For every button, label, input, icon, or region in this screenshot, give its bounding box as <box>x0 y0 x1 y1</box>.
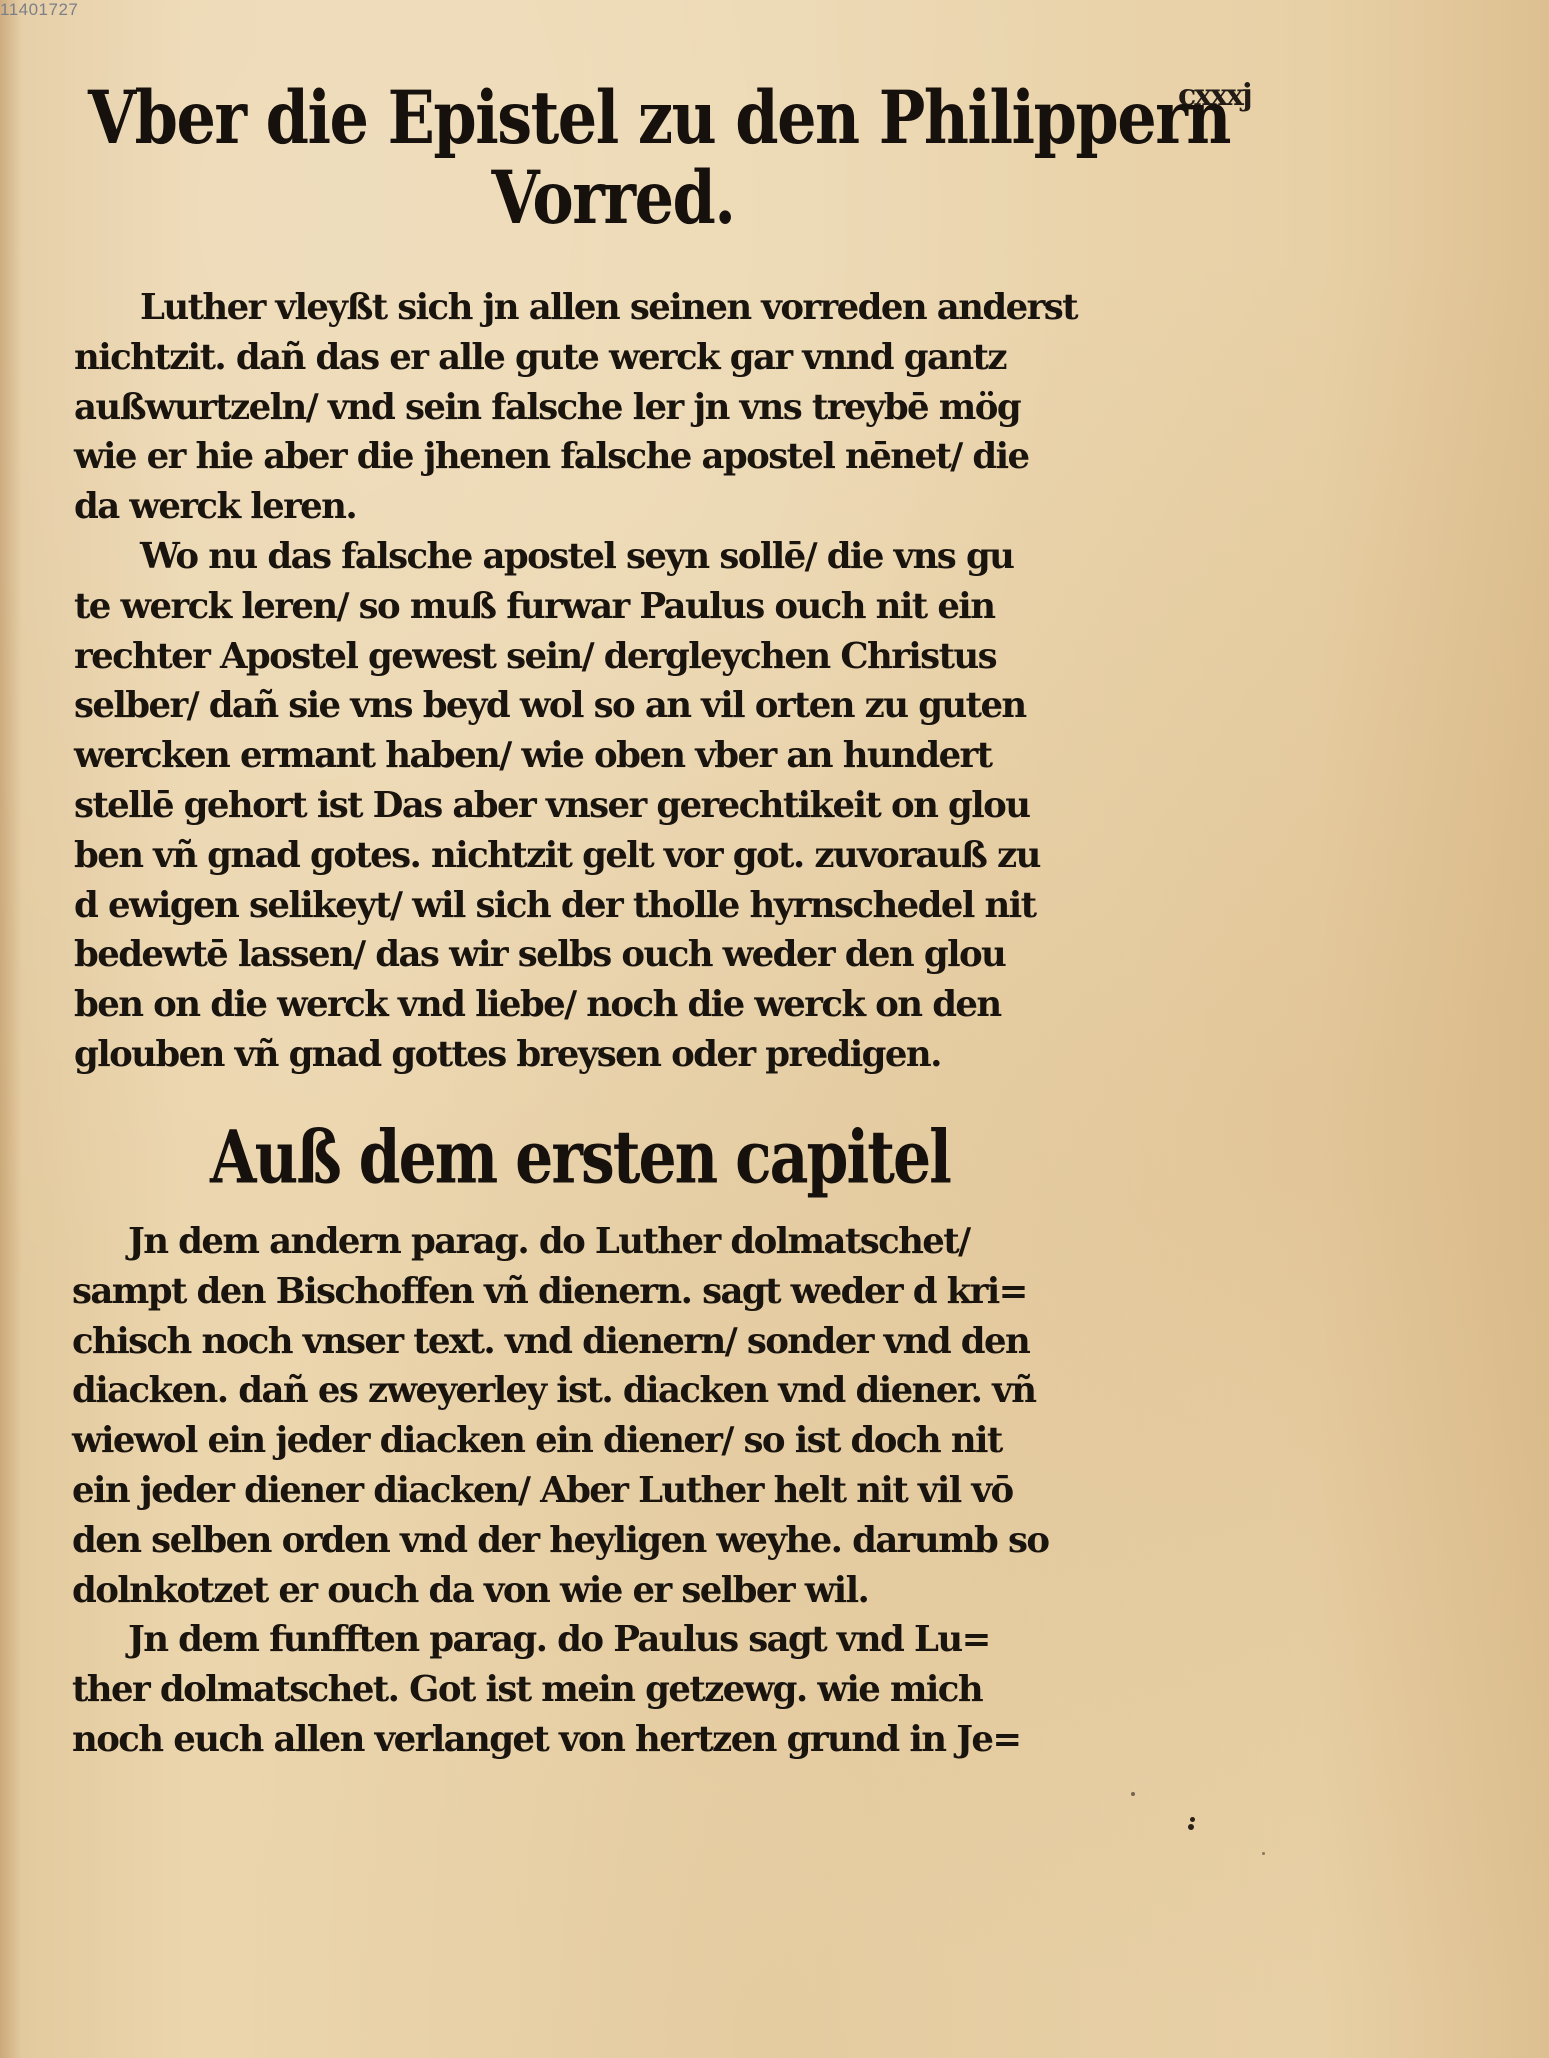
chapter-one-body: Jn dem andern parag. do Luther dolmatsch… <box>72 1217 1152 1765</box>
page-edge-shadow <box>0 0 22 2058</box>
text-line: außwurtzeln/ vnd sein falsche ler jn vns… <box>74 383 1154 433</box>
text-line: te werck leren/ so muß furwar Paulus ouc… <box>74 582 1154 632</box>
text-line: wiewol ein jeder diacken ein diener/ so … <box>72 1416 1152 1466</box>
text-line: Jn dem andern parag. do Luther dolmatsch… <box>72 1217 1152 1267</box>
page-title: Vber die Epistel zu den Philippern Vorre… <box>88 80 1138 236</box>
text-line: dolnkotzet er ouch da von wie er selber … <box>72 1566 1152 1616</box>
text-line: wercken ermant haben/ wie oben vber an h… <box>74 731 1154 781</box>
ink-speck <box>1131 1792 1135 1796</box>
text-line: den selben orden vnd der heyligen weyhe.… <box>72 1516 1152 1566</box>
text-line: bedewtē lassen/ das wir selbs ouch weder… <box>74 930 1154 980</box>
title-line-2: Vorred. <box>88 153 1138 243</box>
text-line: ein jeder diener diacken/ Aber Luther he… <box>72 1466 1152 1516</box>
text-line: ben on die werck vnd liebe/ noch die wer… <box>74 980 1154 1030</box>
text-line: sampt den Bischoffen vñ dienern. sagt we… <box>72 1267 1152 1317</box>
text-line: ther dolmatschet. Got ist mein getzewg. … <box>72 1665 1152 1715</box>
text-line: stellē gehort ist Das aber vnser gerecht… <box>74 781 1154 831</box>
text-line: nichtzit. dañ das er alle gute werck gar… <box>74 333 1154 383</box>
catalog-label: 11401727 <box>0 0 78 20</box>
ink-speck <box>1262 1852 1265 1855</box>
text-line: wie er hie aber die jhenen falsche apost… <box>74 432 1154 482</box>
ink-speck <box>1190 1817 1195 1822</box>
text-line: ben vñ gnad gotes. nichtzit gelt vor got… <box>74 831 1154 881</box>
text-line: Luther vleyßt sich jn allen seinen vorre… <box>74 283 1154 333</box>
text-line: glouben vñ gnad gottes breysen oder pred… <box>74 1030 1154 1080</box>
preface-body: Luther vleyßt sich jn allen seinen vorre… <box>74 283 1154 1080</box>
title-line-1: Vber die Epistel zu den Philippern <box>88 73 1138 163</box>
text-line: noch euch allen verlanget von hertzen gr… <box>72 1715 1152 1765</box>
text-line: rechter Apostel gewest sein/ dergleychen… <box>74 632 1154 682</box>
ink-speck <box>1188 1824 1194 1830</box>
chapter-heading: Auß dem ersten capitel <box>60 1109 1100 1207</box>
text-line: Wo nu das falsche apostel seyn sollē/ di… <box>74 532 1154 582</box>
text-line: chisch noch vnser text. vnd dienern/ son… <box>72 1317 1152 1367</box>
text-line: Jn dem funfften parag. do Paulus sagt vn… <box>72 1615 1152 1665</box>
text-line: diacken. dañ es zweyerley ist. diacken v… <box>72 1366 1152 1416</box>
text-line: da werck leren. <box>74 482 1154 532</box>
text-line: d ewigen selikeyt/ wil sich der tholle h… <box>74 881 1154 931</box>
text-line: selber/ dañ sie vns beyd wol so an vil o… <box>74 681 1154 731</box>
